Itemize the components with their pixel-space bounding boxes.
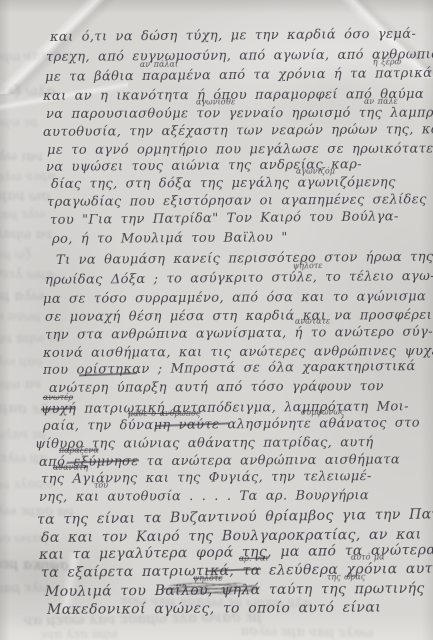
manuscript-line: αυτοθυσία, την αξέχαστη των νεαρών ηρώων… [43,123,433,139]
manuscript-line: από εξύμνησε τα ανώτερα ανθρώπινα αισθήμ… [39,453,400,469]
manuscript-line-text: με το αγνό ορμητήριο που μεγάλωσε σε ηρω… [47,142,433,158]
manuscript-line-text: ψυχή πατριωτική ανταπόδειγμα, λαμπρότατη… [41,399,409,417]
manuscript-line: και ό,τι να δώση τύχη, με την καρδιά όσο… [50,28,416,44]
manuscript-line-text: ρο, ή το Μουλιμά του Βαϊλου " [52,230,288,247]
manuscript-line: που ορίστηκαν ; Μπροστά σε όλα χαρακτηρι… [43,360,416,377]
manuscript-line: νης, και αυτοθυσία . . . . Τα αρ. Βουργή… [39,489,369,504]
handwriting-layer: και ό,τι να δώση τύχη, με την καρδιά όσο… [0,0,433,640]
manuscript-line-text: του "Για την Πατρίδα" Τον Καιρό του Βούλ… [50,209,399,228]
manuscript-line-text: ανώτερη ύπαρξη αυτή από τόσο γράφουν τον [49,379,384,396]
manuscript-line-text: την στα ανθρώπινα αγωνίσματα, ή το ανώτε… [45,325,433,343]
manuscript-line: ανώτερη ύπαρξη αυτή από τόσο γράφουν τον [49,380,384,395]
interlinear-insert: αν πάλε [364,98,398,106]
interlinear-insert: ψηλότε [293,262,323,270]
manuscript-line: τραγωδίας που εξιστόρησαν οι αγαπημένες … [47,193,427,209]
manuscript-line: ηρωίδας Δόξα ; το ασύγκριτο στύλε, το τέ… [45,270,433,287]
manuscript-line-text: τα της είναι τα Βυζαντινού θρίαμβος για … [37,506,433,528]
manuscript-page: μα σαν ωμααλω ξεναμε ωμαναι ωλοαμεν ωλασ… [0,0,433,640]
interlinear-insert: της ώρας [327,573,365,581]
manuscript-line: της Αγιάννης και της Φυγιάς, την τελειωμ… [41,470,372,486]
manuscript-line-text: τα εξαίρετα πατριωτικά, τα ελεύθερα χρόν… [41,561,433,581]
manuscript-line: με το αγνό ορμητήριο που μεγάλωσε σε ηρω… [47,143,433,157]
interlinear-insert: συμφώνως [301,408,345,416]
manuscript-line: δίας της, στη δόξα της μεγάλης αγωνιζόμε… [51,176,396,191]
manuscript-line: ρο, ή το Μουλιμά του Βαϊλου " [52,231,288,246]
manuscript-line-text: και ό,τι να δώση τύχη, με την καρδιά όσο… [50,27,416,45]
struck-interlinear-insert: παράξενα [59,447,99,455]
interlinear-insert: του [94,482,108,490]
manuscript-line: τα της είναι τα Βυζαντινού θρίαμβος για … [37,507,433,527]
interlinear-insert: ή ξέρω [373,58,401,66]
manuscript-line: μα σε τόσο συρραμμένο, από όσα και το αγ… [43,290,433,306]
interlinear-insert: αυτό μα [351,553,385,561]
manuscript-line-text: να παρουσιασθούμε τον γενναίο ηρωισμό τη… [46,106,433,122]
interlinear-insert: αγωνιζόμ [296,168,335,176]
manuscript-line: την στα ανθρώπινα αγωνίσματα, ή το ανώτε… [45,326,433,342]
manuscript-line: του "Για την Πατρίδα" Τον Καιρό του Βούλ… [50,210,399,227]
manuscript-line: με τα βάθια παραμένα από τα χρόνια ή τα … [45,67,433,84]
manuscript-line-text: ραία, την δύναμη ναύτε αλησμόνητε αθάνατ… [43,416,420,434]
manuscript-line: Μακεδονικοί αγώνες, το οποίο αυτό είναι [47,601,381,617]
manuscript-line-text: Μακεδονικοί αγώνες, το οποίο αυτό είναι [47,600,381,618]
manuscript-line-text: τραγωδίας που εξιστόρησαν οι αγαπημένες … [47,192,427,210]
manuscript-line-text: με τα βάθια παραμένα από τα χρόνια ή τα … [45,66,433,85]
manuscript-line-text: ηρωίδας Δόξα ; το ασύγκριτο στύλε, το τέ… [45,269,433,288]
manuscript-line: ραία, την δύναμη ναύτε αλησμόνητε αθάνατ… [43,417,420,433]
struck-interlinear-insert: μάθε ο άνθρωπος [128,410,201,419]
struck-interlinear-insert: αθάνατη [53,464,88,472]
struck-interlinear-insert: ψηλότε [193,574,223,582]
manuscript-line: τα εξαίρετα πατριωτικά, τα ελεύθερα χρόν… [41,562,433,580]
interlinear-insert: αγωνίσθε [196,98,235,106]
manuscript-line: Μουλιμά του Βαϊλου, ψηλά ταύτη της πρωτι… [45,582,425,599]
manuscript-line: ψυχή πατριωτική ανταπόδειγμα, λαμπρότατη… [41,400,409,416]
manuscript-line-text: μα σε τόσο συρραμμένο, από όσα και το αγ… [43,289,433,307]
interlinear-insert: αν πάλαι [140,61,178,69]
manuscript-line-text: αυτοθυσία, την αξέχαστη των νεαρών ηρώων… [43,122,433,140]
manuscript-line: σε μοναχή θέση μέσα στη καρδιά και να πρ… [45,309,432,324]
manuscript-line: κοινά αισθήματα, και τις ανώτερες ανθρώπ… [43,345,433,360]
manuscript-line-text: νης, και αυτοθυσία . . . . Τα αρ. Βουργή… [39,488,369,505]
manuscript-line-text: Τι να θαυμάση κανείς περισσότερο στον ήρ… [56,249,433,268]
struck-interlinear-insert: αρ. ναι [239,555,269,563]
manuscript-line-text: κοινά αισθήματα, και τις ανώτερες ανθρώπ… [43,344,433,361]
interlinear-insert: ανώτατε [295,318,330,326]
struck-interlinear-insert: ανωτέρ [43,394,73,402]
manuscript-line: να παρουσιασθούμε τον γενναίο ηρωισμό τη… [46,107,433,121]
manuscript-line-text: σε μοναχή θέση μέσα στη καρδιά και να πρ… [45,308,432,325]
manuscript-line: Τι να θαυμάση κανείς περισσότερο στον ήρ… [56,250,433,267]
manuscript-line-text: της Αγιάννης και της Φυγιάς, την τελειωμ… [41,469,372,487]
manuscript-line-text: δίας της, στη δόξα της μεγάλης αγωνιζόμε… [51,175,396,192]
